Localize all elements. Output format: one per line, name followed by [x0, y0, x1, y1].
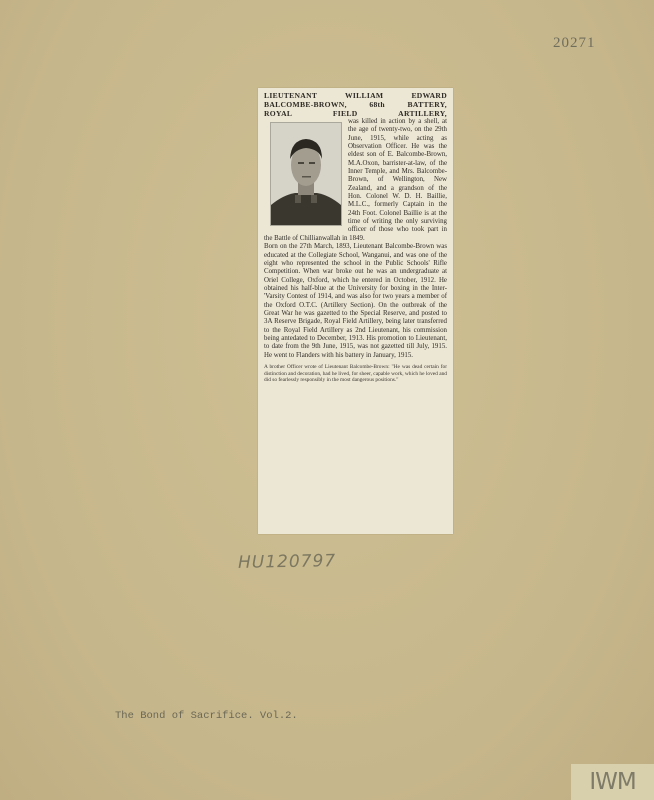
headline-line: LIEUTENANT WILLIAM EDWARD — [264, 91, 447, 100]
officer-quote: A brother Officer wrote of Lieutenant Ba… — [264, 364, 447, 384]
portrait-photo — [270, 122, 342, 226]
obituary-paragraph-2: Born on the 27th March, 1893, Lieutenant… — [264, 243, 447, 360]
newspaper-clipping: LIEUTENANT WILLIAM EDWARD BALCOMBE-BROWN… — [258, 88, 453, 534]
iwm-watermark-logo: IWM — [571, 764, 654, 800]
clipping-headline: LIEUTENANT WILLIAM EDWARD BALCOMBE-BROWN… — [264, 91, 447, 118]
reference-number: 20271 — [553, 35, 596, 52]
headline-line: BALCOMBE-BROWN, 68th BATTERY, — [264, 100, 447, 109]
source-citation: The Bond of Sacrifice. Vol.2. — [115, 710, 298, 722]
handwritten-catalogue-number: HU120797 — [238, 551, 336, 573]
portrait-image-icon — [271, 123, 341, 225]
headline-line: ROYAL FIELD ARTILLERY, — [264, 109, 447, 118]
